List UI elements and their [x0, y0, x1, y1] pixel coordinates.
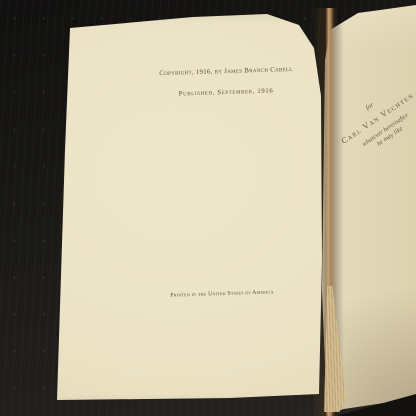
printed-line: Printed in the United States of America — [152, 289, 292, 299]
book-photo: for Carl Van Vechten whatever hereinafte… — [0, 0, 416, 416]
copyright-line: Copyright, 1916, by James Branch Cabell — [146, 65, 306, 77]
published-line: Published, September, 1916 — [156, 87, 296, 98]
